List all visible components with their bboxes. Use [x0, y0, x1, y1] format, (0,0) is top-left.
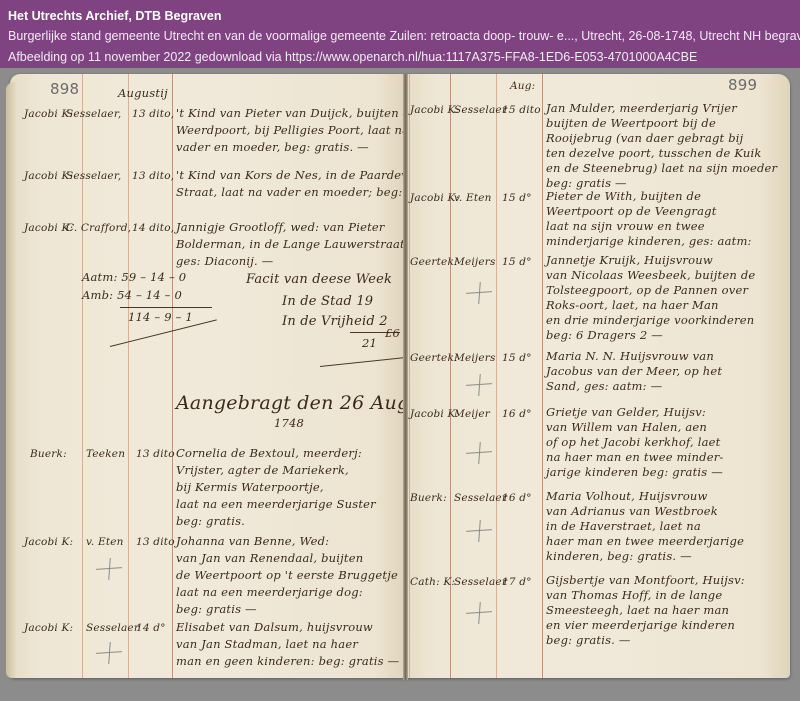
entry-bearer: Sesselaer,	[66, 108, 121, 120]
entry-date: 15 dito	[502, 104, 541, 116]
month-heading: Augustij	[118, 86, 168, 100]
entry-date: 13 dito,	[132, 108, 174, 120]
entry-text: Johanna van Benne, Wed: van Jan van Rene…	[176, 533, 398, 618]
entry-church: Buerk:	[30, 448, 67, 460]
folio-number-left: 898	[50, 80, 79, 98]
entry-church: Jacobi K:	[410, 192, 459, 204]
entry-church: Buerk:	[410, 492, 447, 504]
facit-title: Facit van deese Week	[246, 272, 392, 287]
entry-text: Elisabet van Dalsum, huijsvrouw van Jan …	[176, 619, 399, 670]
entry-church: Jacobi K:	[24, 622, 73, 634]
archive-info-banner: Het Utrechts Archief, DTB Begraven Burge…	[0, 0, 800, 68]
cross-mark	[96, 558, 122, 580]
record-description: Burgerlijke stand gemeente Utrecht en va…	[8, 26, 792, 47]
entry-bearer: Sesselaer,	[66, 170, 121, 182]
entry-text: Jannigje Grootloff, wed: van Pieter Bold…	[176, 219, 405, 270]
section-heading: Aangebragt den 26 Aug:ty	[176, 392, 435, 414]
entry-text: Pieter de With, buijten de Weertpoort op…	[546, 189, 752, 249]
cross-mark	[466, 602, 492, 624]
cross-mark	[466, 282, 492, 304]
section-year: 1748	[274, 416, 304, 430]
facit-row: In de Vrijheid 2	[282, 314, 388, 329]
entry-bearer: Meijer	[454, 408, 490, 420]
entry-text: Jannetje Kruijk, Huijsvrouw van Nicolaas…	[546, 253, 755, 343]
entry-church: Geertek:	[410, 352, 458, 364]
entry-date: 17 d°	[502, 576, 532, 588]
entry-bearer: Sesselaer	[86, 622, 139, 634]
entry-church: Jacobi K:	[410, 408, 459, 420]
entry-date: 16 d°	[502, 492, 532, 504]
entry-bearer: Sesselaer	[454, 104, 507, 116]
folio-number-right: 899	[728, 76, 757, 94]
entry-date: 13 dito,	[132, 170, 174, 182]
tally-row: Amb: 54 – 14 – 0	[82, 288, 182, 302]
tally-row: Aatm: 59 – 14 – 0	[82, 270, 186, 284]
entry-bearer: Sesselaer	[454, 576, 507, 588]
facit-row: In de Stad 19	[282, 294, 373, 309]
cross-mark	[96, 642, 122, 664]
left-page: 898 Augustij Jacobi K: Sesselaer, 13 dit…	[10, 74, 406, 678]
cross-mark	[466, 374, 492, 396]
entry-text: Jan Mulder, meerderjarig Vrijer buijten …	[546, 101, 777, 191]
entry-date: 15 d°	[502, 192, 532, 204]
entry-date: 15 d°	[502, 352, 532, 364]
entry-bearer: C. Crafford,	[66, 222, 131, 234]
entry-text: 't Kind van Pieter van Duijck, buijten d…	[176, 105, 417, 156]
entry-bearer: Sesselaer	[454, 492, 507, 504]
facit-note: £6	[385, 326, 400, 340]
entry-bearer: v. Eten	[86, 536, 124, 548]
entry-church: Geertek:	[410, 256, 458, 268]
entry-bearer: Meijers	[454, 352, 496, 364]
cross-mark	[466, 520, 492, 542]
right-page: 899 Aug: Jacobi K: Sesselaer 15 dito Jan…	[406, 74, 790, 678]
scanned-register-image: 898 Augustij Jacobi K: Sesselaer, 13 dit…	[0, 68, 800, 701]
entry-bearer: v. Eten	[454, 192, 492, 204]
entry-date: 13 dito	[136, 448, 175, 460]
entry-church: Jacobi K:	[410, 104, 459, 116]
download-note: Afbeelding op 11 november 2022 gedownloa…	[8, 47, 792, 68]
entry-bearer: Teeken	[86, 448, 125, 460]
entry-text: Gijsbertje van Montfoort, Huijsv: van Th…	[546, 573, 745, 648]
tally-total: 114 – 9 – 1	[128, 310, 193, 324]
entry-date: 13 dito	[136, 536, 175, 548]
month-abbrev: Aug:	[510, 80, 535, 92]
entry-text: 't Kind van Kors de Nes, in de Paardevel…	[176, 167, 441, 201]
entry-bearer: Meijers	[454, 256, 496, 268]
entry-church: Jacobi K:	[24, 536, 73, 548]
entry-text: Grietje van Gelder, Huijsv: van Willem v…	[546, 405, 724, 480]
entry-text: Maria N. N. Huijsvrouw van Jacobus van d…	[546, 349, 722, 394]
entry-text: Maria Volhout, Huijsvrouw van Adrianus v…	[546, 489, 744, 564]
entry-church: Cath: K:	[410, 576, 455, 588]
cross-mark	[466, 442, 492, 464]
entry-date: 14 d°	[136, 622, 166, 634]
book-spine-gutter	[403, 74, 408, 680]
facit-total: 21	[362, 336, 377, 350]
entry-date: 14 dito,	[132, 222, 174, 234]
archive-title: Het Utrechts Archief, DTB Begraven	[8, 6, 792, 26]
entry-text: Cornelia de Bextoul, meerderj: Vrijster,…	[176, 445, 376, 530]
entry-date: 16 d°	[502, 408, 532, 420]
entry-date: 15 d°	[502, 256, 532, 268]
